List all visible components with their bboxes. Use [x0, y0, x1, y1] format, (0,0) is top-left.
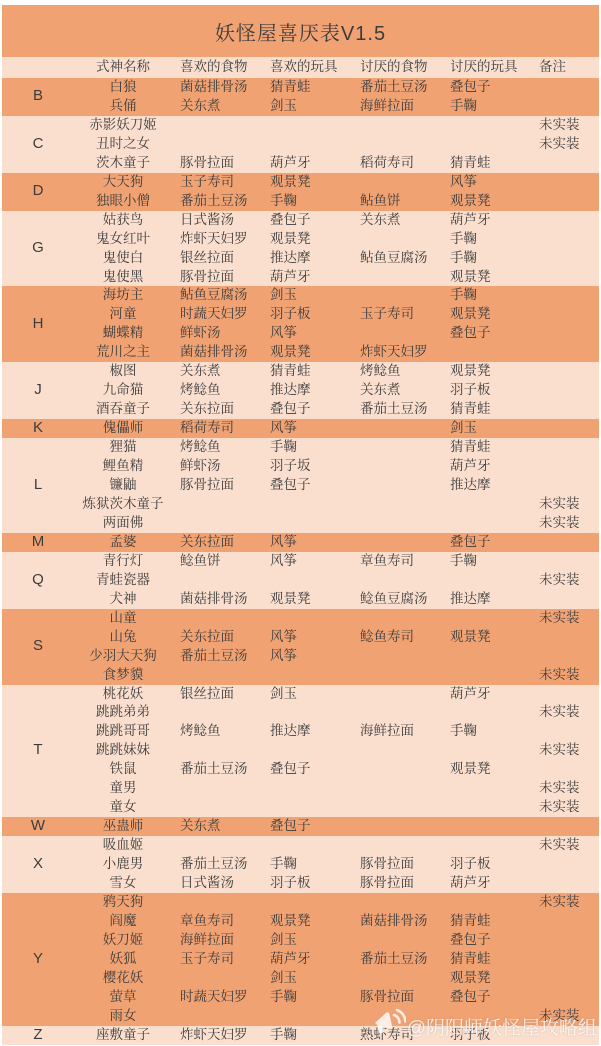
disliked-toy-cell — [442, 116, 529, 135]
disliked-toy-cell: 手鞠 — [442, 552, 529, 571]
note-cell — [529, 552, 599, 571]
note-cell — [529, 590, 599, 609]
disliked-toy-cell: 手鞠 — [442, 286, 529, 305]
disliked-food-cell — [352, 230, 442, 249]
group-letter: L — [2, 438, 74, 533]
disliked-toy-cell: 叠包子 — [442, 931, 529, 950]
disliked-toy-cell: 叠包子 — [442, 78, 529, 97]
group-letter: M — [2, 533, 74, 552]
disliked-food-cell: 鲇鱼豆腐汤 — [352, 249, 442, 268]
disliked-food-cell — [352, 666, 442, 685]
note-cell — [529, 988, 599, 1007]
sheet-title-bar: 妖怪屋喜厌表V1.5 — [2, 5, 599, 57]
shikigami-name-cell: 跳跳妹妹 — [74, 741, 172, 760]
shikigami-name-cell: 食梦貘 — [74, 666, 172, 685]
note-cell — [529, 381, 599, 400]
note-cell — [529, 476, 599, 495]
liked-toy-cell: 推达摩 — [262, 722, 352, 741]
liked-food-cell — [172, 666, 262, 685]
disliked-toy-cell: 猜青蛙 — [442, 912, 529, 931]
shikigami-name-cell: 白狼 — [74, 78, 172, 97]
liked-toy-cell — [262, 779, 352, 798]
shikigami-name-cell: 鬼使白 — [74, 249, 172, 268]
liked-food-cell: 关东拉面 — [172, 400, 262, 419]
shikigami-name-cell: 蝴蝶精 — [74, 324, 172, 343]
note-cell — [529, 78, 599, 97]
disliked-food-cell — [352, 533, 442, 552]
disliked-food-cell: 玉子寿司 — [352, 305, 442, 324]
group-letter: Q — [2, 552, 74, 609]
liked-food-cell: 时蔬天妇罗 — [172, 988, 262, 1007]
liked-food-cell — [172, 609, 262, 628]
note-cell — [529, 457, 599, 476]
liked-toy-cell — [262, 514, 352, 533]
group-letter: D — [2, 173, 74, 211]
liked-toy-cell: 观景凳 — [262, 343, 352, 362]
liked-food-cell — [172, 571, 262, 590]
liked-food-cell — [172, 969, 262, 988]
group-letter: W — [2, 817, 74, 836]
note-cell — [529, 173, 599, 192]
disliked-food-cell: 稻荷寿司 — [352, 154, 442, 173]
note-cell — [529, 533, 599, 552]
shikigami-name-cell: 大天狗 — [74, 173, 172, 192]
disliked-toy-cell — [442, 514, 529, 533]
disliked-food-cell — [352, 438, 442, 457]
liked-toy-cell: 叠包子 — [262, 400, 352, 419]
disliked-food-cell: 鲶鱼豆腐汤 — [352, 590, 442, 609]
shikigami-name-cell: 河童 — [74, 305, 172, 324]
disliked-toy-cell: 观景凳 — [442, 362, 529, 381]
shikigami-name-cell: 狸猫 — [74, 438, 172, 457]
group-letter: H — [2, 286, 74, 362]
disliked-food-cell: 章鱼寿司 — [352, 552, 442, 571]
disliked-food-cell — [352, 286, 442, 305]
shikigami-name-cell: 阎魔 — [74, 912, 172, 931]
disliked-toy-cell: 葫芦牙 — [442, 457, 529, 476]
liked-toy-cell: 叠包子 — [262, 211, 352, 230]
liked-toy-cell — [262, 135, 352, 154]
liked-food-cell: 烤鲶鱼 — [172, 381, 262, 400]
disliked-toy-cell: 观景凳 — [442, 268, 529, 287]
disliked-toy-cell: 手鞠 — [442, 722, 529, 741]
shikigami-name-cell: 丑时之女 — [74, 135, 172, 154]
liked-food-cell — [172, 836, 262, 855]
note-cell: 未实装 — [529, 1007, 599, 1026]
disliked-toy-cell: 叠包子 — [442, 324, 529, 343]
disliked-toy-cell — [442, 647, 529, 666]
liked-food-cell: 炸虾天妇罗 — [172, 1026, 262, 1045]
note-cell — [529, 950, 599, 969]
note-cell — [529, 760, 599, 779]
disliked-food-cell — [352, 893, 442, 912]
shikigami-name-cell: 炼狱茨木童子 — [74, 495, 172, 514]
liked-toy-cell: 风筝 — [262, 647, 352, 666]
disliked-toy-cell: 手鞠 — [442, 230, 529, 249]
shikigami-name-cell: 赤影妖刀姬 — [74, 116, 172, 135]
group-letter: Y — [2, 893, 74, 1026]
liked-toy-cell — [262, 798, 352, 817]
disliked-food-cell — [352, 931, 442, 950]
note-cell: 未实装 — [529, 836, 599, 855]
note-cell — [529, 343, 599, 362]
disliked-food-cell: 豚骨拉面 — [352, 874, 442, 893]
disliked-food-cell — [352, 817, 442, 836]
shikigami-name-cell: 跳跳弟弟 — [74, 703, 172, 722]
liked-food-cell — [172, 893, 262, 912]
disliked-food-cell: 鲇鱼饼 — [352, 192, 442, 211]
group-letter: G — [2, 211, 74, 287]
liked-toy-cell: 猜青蛙 — [262, 362, 352, 381]
disliked-food-cell — [352, 135, 442, 154]
liked-toy-cell — [262, 836, 352, 855]
group-letter: J — [2, 362, 74, 419]
liked-toy-cell: 手鞠 — [262, 855, 352, 874]
disliked-toy-cell: 观景凳 — [442, 305, 529, 324]
liked-food-cell: 番茄土豆汤 — [172, 760, 262, 779]
liked-food-cell: 鲜虾汤 — [172, 457, 262, 476]
disliked-food-cell — [352, 779, 442, 798]
disliked-food-cell — [352, 836, 442, 855]
liked-food-cell: 关东拉面 — [172, 628, 262, 647]
liked-food-cell — [172, 703, 262, 722]
liked-food-cell: 烤鲶鱼 — [172, 722, 262, 741]
disliked-food-cell: 鲶鱼寿司 — [352, 628, 442, 647]
disliked-toy-cell: 观景凳 — [442, 969, 529, 988]
disliked-toy-cell — [442, 135, 529, 154]
shikigami-name-cell: 巫蛊师 — [74, 817, 172, 836]
disliked-toy-cell: 风筝 — [442, 173, 529, 192]
disliked-food-cell — [352, 798, 442, 817]
note-cell — [529, 268, 599, 287]
disliked-toy-cell — [442, 1007, 529, 1026]
shikigami-name-cell: 孟婆 — [74, 533, 172, 552]
disliked-toy-cell: 推达摩 — [442, 476, 529, 495]
disliked-toy-cell: 手鞠 — [442, 97, 529, 116]
liked-toy-cell: 手鞠 — [262, 1026, 352, 1045]
shikigami-name-cell: 跳跳哥哥 — [74, 722, 172, 741]
disliked-food-cell: 关东煮 — [352, 211, 442, 230]
shikigami-name-cell: 山童 — [74, 609, 172, 628]
note-cell: 未实装 — [529, 741, 599, 760]
liked-food-cell — [172, 135, 262, 154]
shikigami-name-cell: 两面佛 — [74, 514, 172, 533]
disliked-toy-cell: 观景凳 — [442, 192, 529, 211]
disliked-toy-cell: 猜青蛙 — [442, 154, 529, 173]
disliked-food-cell — [352, 760, 442, 779]
liked-toy-cell — [262, 495, 352, 514]
table-body: B白狼菌菇排骨汤猜青蛙番茄土豆汤叠包子兵俑关东煮剑玉海鲜拉面手鞠C赤影妖刀姬未实… — [2, 78, 599, 1045]
shikigami-name-cell: 独眼小僧 — [74, 192, 172, 211]
disliked-toy-cell: 剑玉 — [442, 419, 529, 438]
group-letter: C — [2, 116, 74, 173]
liked-food-cell: 海鲜拉面 — [172, 931, 262, 950]
liked-toy-cell — [262, 703, 352, 722]
liked-food-cell: 关东煮 — [172, 362, 262, 381]
liked-toy-cell: 风筝 — [262, 324, 352, 343]
disliked-toy-cell: 猜青蛙 — [442, 438, 529, 457]
page-title: 妖怪屋喜厌表V1.5 — [215, 17, 386, 46]
note-cell: 未实装 — [529, 116, 599, 135]
disliked-toy-cell — [442, 495, 529, 514]
note-cell: 未实装 — [529, 135, 599, 154]
likes-dislikes-sheet: 妖怪屋喜厌表V1.5 式神名称 喜欢的食物 喜欢的玩具 讨厌的食物 讨厌的玩具 … — [2, 5, 599, 1046]
note-cell — [529, 1026, 599, 1045]
shikigami-name-cell: 鬼使黑 — [74, 268, 172, 287]
shikigami-name-cell: 小鹿男 — [74, 855, 172, 874]
note-cell — [529, 722, 599, 741]
note-cell — [529, 817, 599, 836]
disliked-food-cell: 关东煮 — [352, 381, 442, 400]
liked-toy-cell: 葫芦牙 — [262, 268, 352, 287]
shikigami-name-cell: 镰鼬 — [74, 476, 172, 495]
shikigami-name-cell: 桃花妖 — [74, 685, 172, 704]
disliked-food-cell: 豚骨拉面 — [352, 988, 442, 1007]
disliked-toy-cell — [442, 741, 529, 760]
liked-toy-cell: 剑玉 — [262, 685, 352, 704]
liked-food-cell: 关东煮 — [172, 817, 262, 836]
liked-food-cell — [172, 495, 262, 514]
liked-food-cell: 番茄土豆汤 — [172, 855, 262, 874]
note-cell: 未实装 — [529, 779, 599, 798]
shikigami-name-cell: 九命猫 — [74, 381, 172, 400]
liked-toy-cell: 风筝 — [262, 419, 352, 438]
liked-toy-cell: 风筝 — [262, 552, 352, 571]
liked-toy-cell: 推达摩 — [262, 381, 352, 400]
note-cell — [529, 969, 599, 988]
disliked-toy-cell: 葫芦牙 — [442, 874, 529, 893]
disliked-toy-cell: 手鞠 — [442, 249, 529, 268]
liked-food-cell — [172, 116, 262, 135]
shikigami-name-cell: 少羽大天狗 — [74, 647, 172, 666]
liked-toy-cell: 观景凳 — [262, 912, 352, 931]
disliked-food-cell — [352, 419, 442, 438]
shikigami-name-cell: 犬神 — [74, 590, 172, 609]
liked-toy-cell: 观景凳 — [262, 590, 352, 609]
liked-toy-cell — [262, 609, 352, 628]
liked-food-cell: 番茄土豆汤 — [172, 647, 262, 666]
shikigami-name-cell: 海坊主 — [74, 286, 172, 305]
liked-toy-cell — [262, 1007, 352, 1026]
liked-food-cell: 关东煮 — [172, 97, 262, 116]
shikigami-name-cell: 椒图 — [74, 362, 172, 381]
note-cell — [529, 362, 599, 381]
liked-food-cell: 银丝拉面 — [172, 685, 262, 704]
disliked-food-cell: 番茄土豆汤 — [352, 950, 442, 969]
liked-food-cell: 炸虾天妇罗 — [172, 230, 262, 249]
liked-food-cell: 鲶鱼饼 — [172, 552, 262, 571]
note-cell — [529, 192, 599, 211]
liked-toy-cell: 风筝 — [262, 628, 352, 647]
note-cell: 未实装 — [529, 703, 599, 722]
liked-toy-cell: 叠包子 — [262, 817, 352, 836]
disliked-food-cell — [352, 741, 442, 760]
shikigami-name-cell: 妖狐 — [74, 950, 172, 969]
liked-food-cell: 鲇鱼豆腐汤 — [172, 286, 262, 305]
liked-food-cell: 菌菇排骨汤 — [172, 343, 262, 362]
liked-toy-cell: 风筝 — [262, 533, 352, 552]
disliked-toy-cell — [442, 836, 529, 855]
note-cell — [529, 931, 599, 950]
disliked-food-cell — [352, 495, 442, 514]
group-letter: X — [2, 836, 74, 893]
shikigami-name-cell: 茨木童子 — [74, 154, 172, 173]
shikigami-name-cell: 吸血姬 — [74, 836, 172, 855]
note-cell — [529, 438, 599, 457]
shikigami-name-cell: 童男 — [74, 779, 172, 798]
shikigami-name-cell: 青行灯 — [74, 552, 172, 571]
note-cell — [529, 230, 599, 249]
disliked-food-cell: 烤鲶鱼 — [352, 362, 442, 381]
note-cell — [529, 685, 599, 704]
shikigami-name-cell: 樱花妖 — [74, 969, 172, 988]
header-liked-food: 喜欢的食物 — [172, 58, 262, 77]
liked-toy-cell — [262, 571, 352, 590]
note-cell — [529, 154, 599, 173]
liked-food-cell — [172, 741, 262, 760]
liked-food-cell: 番茄土豆汤 — [172, 192, 262, 211]
note-cell: 未实装 — [529, 798, 599, 817]
disliked-food-cell: 菌菇排骨汤 — [352, 912, 442, 931]
shikigami-name-cell: 萤草 — [74, 988, 172, 1007]
disliked-toy-cell: 葫芦牙 — [442, 211, 529, 230]
disliked-toy-cell: 葫芦牙 — [442, 685, 529, 704]
disliked-food-cell — [352, 324, 442, 343]
liked-toy-cell: 羽子坂 — [262, 457, 352, 476]
shikigami-name-cell: 山兔 — [74, 628, 172, 647]
disliked-food-cell: 熟虾寿司 — [352, 1026, 442, 1045]
liked-toy-cell: 推达摩 — [262, 249, 352, 268]
liked-toy-cell: 葫芦牙 — [262, 154, 352, 173]
shikigami-name-cell: 鲤鱼精 — [74, 457, 172, 476]
liked-toy-cell — [262, 893, 352, 912]
liked-food-cell: 日式酱汤 — [172, 874, 262, 893]
shikigami-name-cell: 姑获鸟 — [74, 211, 172, 230]
disliked-toy-cell: 羽子板 — [442, 855, 529, 874]
liked-toy-cell: 猜青蛙 — [262, 78, 352, 97]
note-cell: 未实装 — [529, 609, 599, 628]
header-liked-toy: 喜欢的玩具 — [262, 58, 352, 77]
shikigami-name-cell: 青蛙瓷器 — [74, 571, 172, 590]
liked-food-cell: 豚骨拉面 — [172, 268, 262, 287]
group-letter: Z — [2, 1026, 74, 1045]
shikigami-name-cell: 童女 — [74, 798, 172, 817]
disliked-food-cell: 豚骨拉面 — [352, 855, 442, 874]
disliked-food-cell: 番茄土豆汤 — [352, 78, 442, 97]
note-cell — [529, 324, 599, 343]
group-letter: B — [2, 78, 74, 116]
liked-toy-cell — [262, 666, 352, 685]
disliked-toy-cell — [442, 817, 529, 836]
liked-food-cell: 关东拉面 — [172, 533, 262, 552]
liked-toy-cell: 手鞠 — [262, 988, 352, 1007]
disliked-food-cell — [352, 647, 442, 666]
liked-food-cell: 烤鲶鱼 — [172, 438, 262, 457]
note-cell — [529, 286, 599, 305]
disliked-toy-cell — [442, 798, 529, 817]
disliked-food-cell — [352, 476, 442, 495]
disliked-toy-cell: 羽子板 — [442, 1026, 529, 1045]
note-cell: 未实装 — [529, 666, 599, 685]
disliked-toy-cell — [442, 779, 529, 798]
liked-toy-cell: 剑玉 — [262, 286, 352, 305]
disliked-toy-cell: 叠包子 — [442, 988, 529, 1007]
liked-food-cell — [172, 1007, 262, 1026]
shikigami-name-cell: 兵俑 — [74, 97, 172, 116]
note-cell: 未实装 — [529, 571, 599, 590]
liked-food-cell: 时蔬天妇罗 — [172, 305, 262, 324]
note-cell — [529, 647, 599, 666]
disliked-toy-cell — [442, 571, 529, 590]
liked-toy-cell — [262, 116, 352, 135]
note-cell — [529, 211, 599, 230]
liked-toy-cell: 剑玉 — [262, 969, 352, 988]
note-cell — [529, 855, 599, 874]
disliked-food-cell — [352, 609, 442, 628]
shikigami-name-cell: 座敷童子 — [74, 1026, 172, 1045]
liked-toy-cell: 观景凳 — [262, 230, 352, 249]
disliked-food-cell — [352, 1007, 442, 1026]
liked-toy-cell: 剑玉 — [262, 97, 352, 116]
liked-toy-cell: 手鞠 — [262, 438, 352, 457]
liked-food-cell: 银丝拉面 — [172, 249, 262, 268]
liked-food-cell — [172, 514, 262, 533]
note-cell — [529, 305, 599, 324]
disliked-toy-cell: 猜青蛙 — [442, 400, 529, 419]
shikigami-name-cell: 酒吞童子 — [74, 400, 172, 419]
liked-toy-cell: 叠包子 — [262, 760, 352, 779]
liked-toy-cell: 手鞠 — [262, 192, 352, 211]
liked-toy-cell — [262, 741, 352, 760]
header-disliked-food: 讨厌的食物 — [352, 58, 442, 77]
shikigami-name-cell: 鸦天狗 — [74, 893, 172, 912]
disliked-toy-cell — [442, 609, 529, 628]
liked-toy-cell: 叠包子 — [262, 476, 352, 495]
note-cell: 未实装 — [529, 514, 599, 533]
note-cell — [529, 628, 599, 647]
disliked-toy-cell: 观景凳 — [442, 628, 529, 647]
note-cell: 未实装 — [529, 893, 599, 912]
disliked-food-cell — [352, 173, 442, 192]
liked-food-cell: 玉子寿司 — [172, 173, 262, 192]
disliked-food-cell — [352, 969, 442, 988]
liked-food-cell: 稻荷寿司 — [172, 419, 262, 438]
note-cell — [529, 419, 599, 438]
disliked-toy-cell — [442, 893, 529, 912]
liked-food-cell: 豚骨拉面 — [172, 476, 262, 495]
disliked-food-cell — [352, 116, 442, 135]
shikigami-name-cell: 傀儡师 — [74, 419, 172, 438]
disliked-toy-cell: 猜青蛙 — [442, 950, 529, 969]
disliked-toy-cell: 叠包子 — [442, 533, 529, 552]
liked-toy-cell: 羽子板 — [262, 305, 352, 324]
liked-food-cell: 章鱼寿司 — [172, 912, 262, 931]
disliked-toy-cell: 推达摩 — [442, 590, 529, 609]
liked-food-cell: 菌菇排骨汤 — [172, 590, 262, 609]
liked-toy-cell: 葫芦牙 — [262, 950, 352, 969]
group-letter: S — [2, 609, 74, 685]
disliked-food-cell — [352, 514, 442, 533]
disliked-food-cell — [352, 268, 442, 287]
group-letter: T — [2, 685, 74, 818]
disliked-toy-cell: 羽子板 — [442, 381, 529, 400]
note-cell — [529, 874, 599, 893]
header-note: 备注 — [529, 58, 599, 77]
shikigami-name-cell: 鬼女红叶 — [74, 230, 172, 249]
liked-food-cell — [172, 798, 262, 817]
note-cell: 未实装 — [529, 495, 599, 514]
table-header-row: 式神名称 喜欢的食物 喜欢的玩具 讨厌的食物 讨厌的玩具 备注 — [2, 57, 599, 78]
